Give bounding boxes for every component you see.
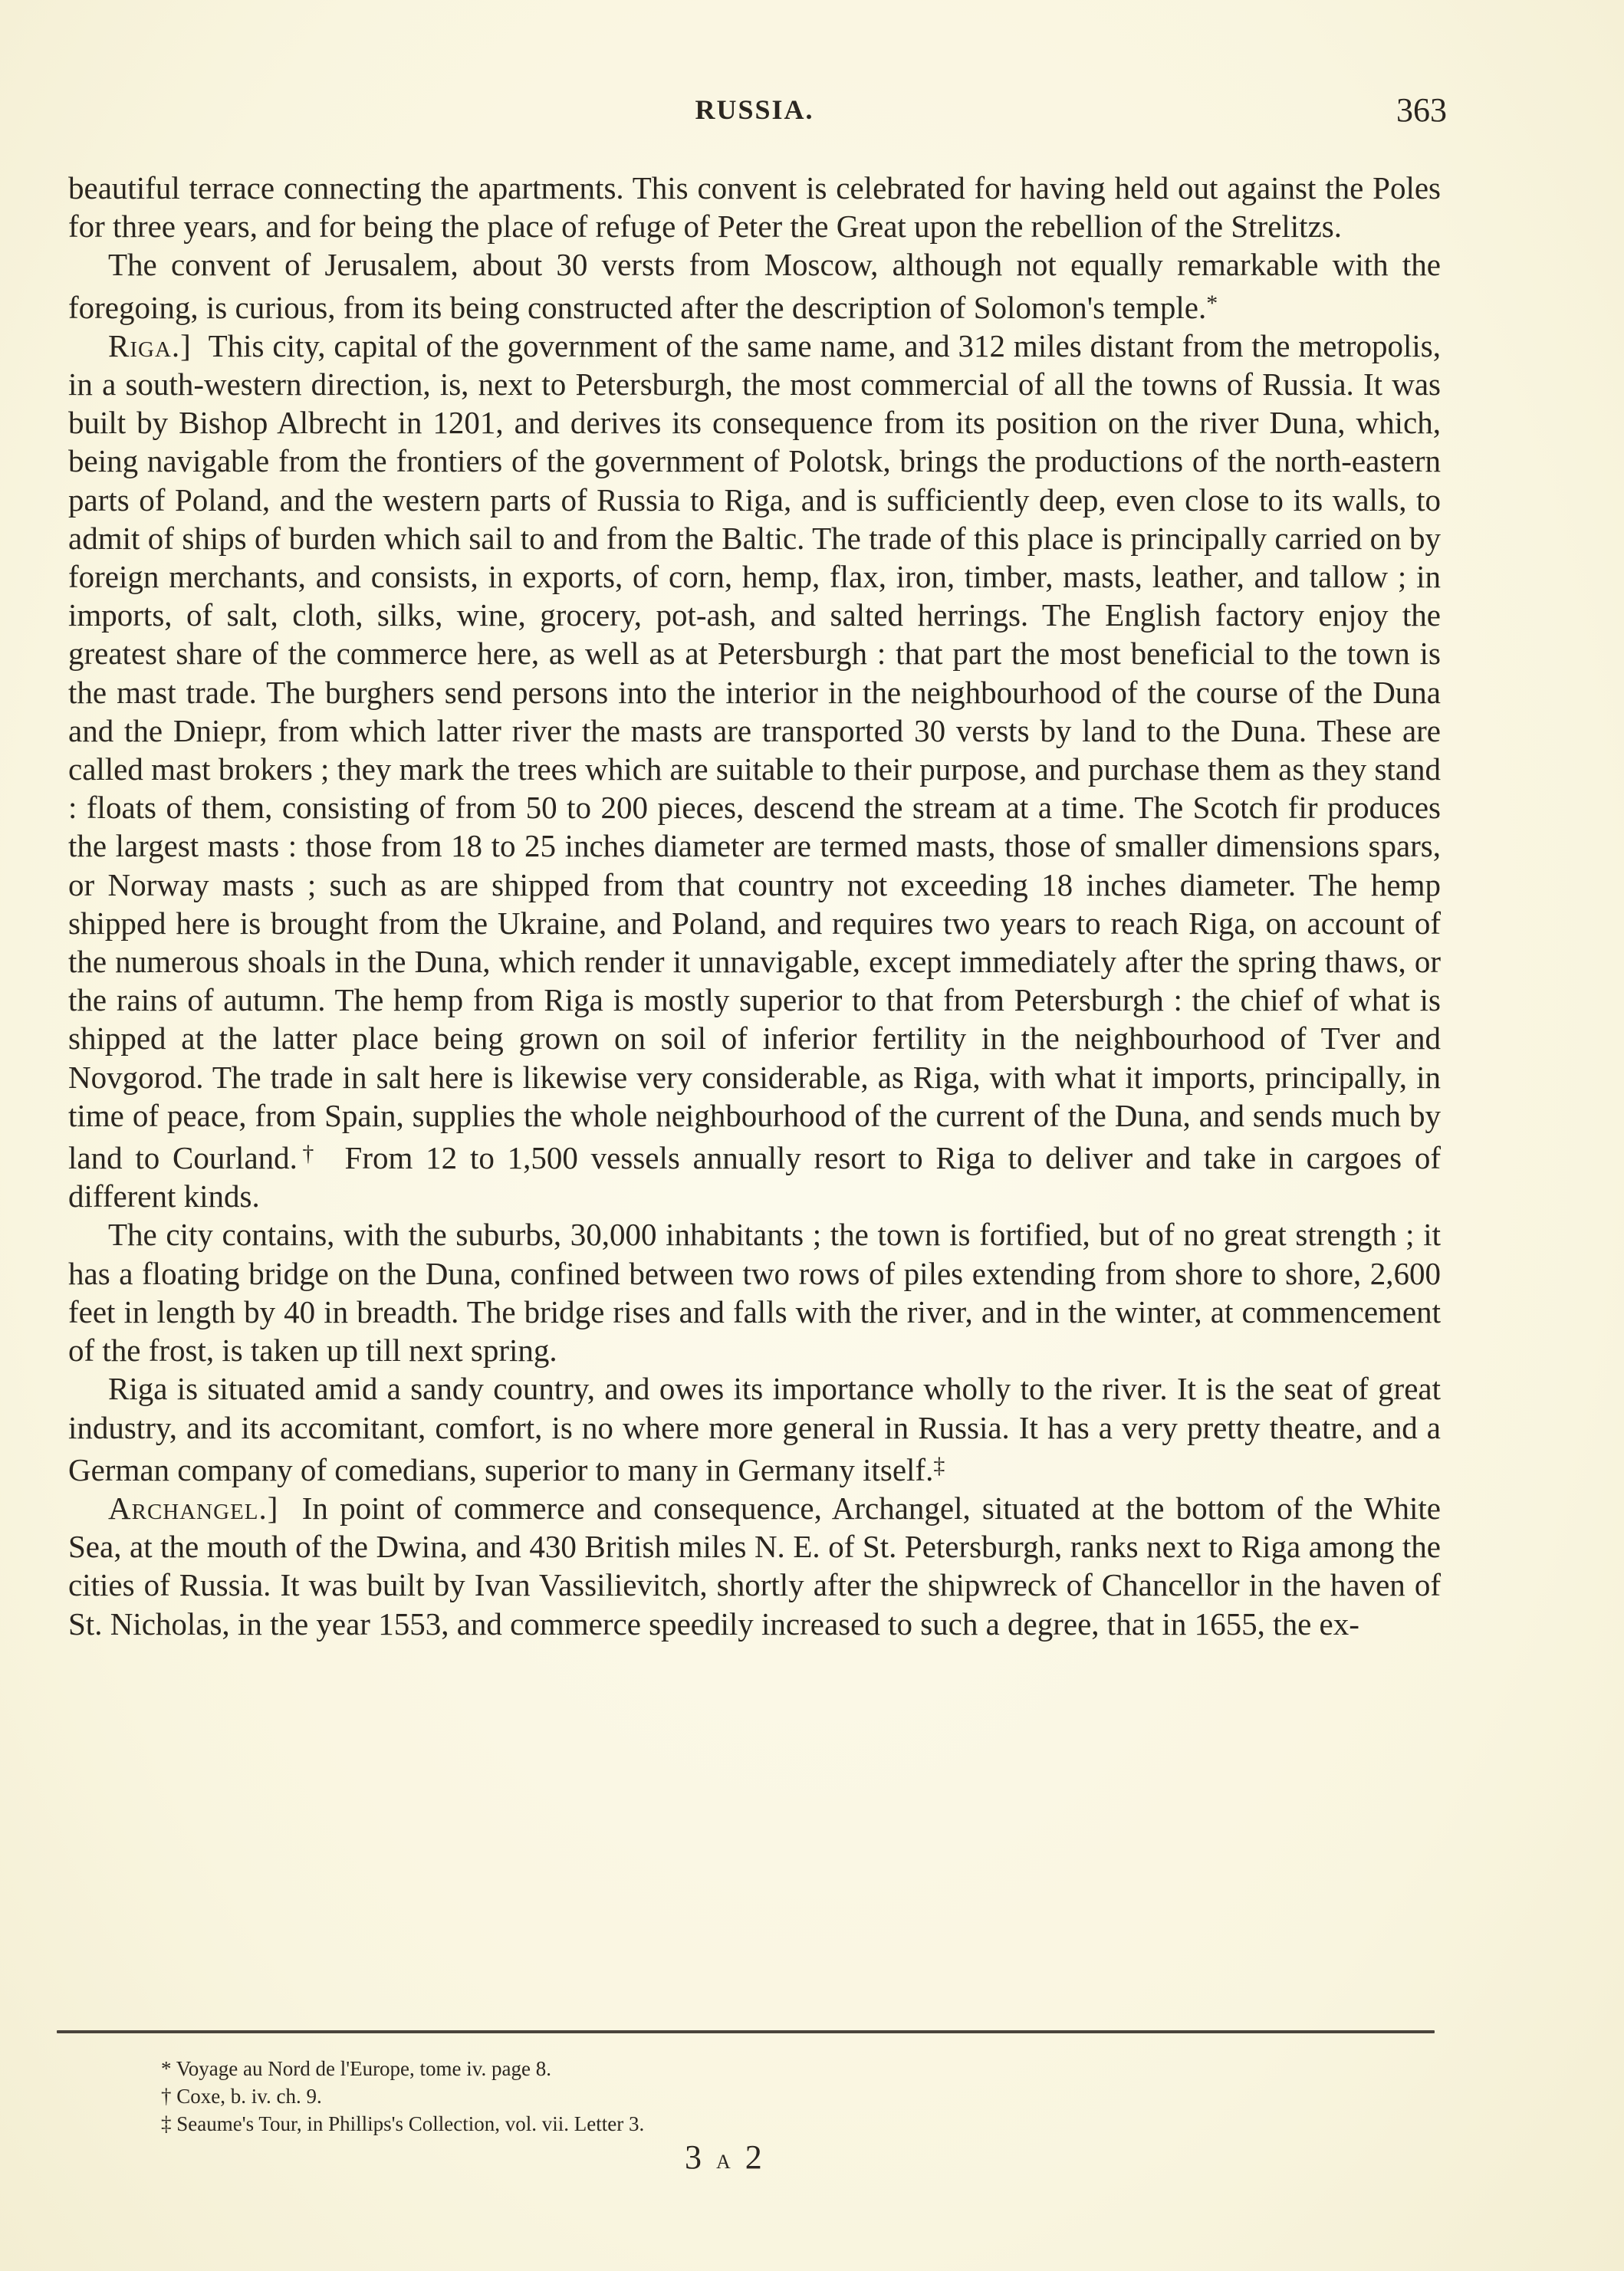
paragraph-text: The city contains, with the suburbs, 30,…	[68, 1217, 1441, 1368]
signature-number: 3	[685, 2138, 705, 2176]
paragraph-city: The city contains, with the suburbs, 30,…	[68, 1215, 1441, 1369]
printer-signature-mark: 3 A 2	[685, 2138, 765, 2177]
paragraph-continued: beautiful terrace connecting the apartme…	[68, 169, 1441, 245]
section-heading-riga: Riga.]	[108, 328, 192, 363]
footnote-mark: *	[161, 2057, 172, 2080]
paragraph-text: The convent of Jerusalem, about 30 verst…	[68, 247, 1441, 324]
signature-letter: A	[716, 2151, 734, 2173]
section-heading-archangel: Archangel.]	[108, 1490, 278, 1526]
footnote-ref: ‡	[933, 1453, 945, 1478]
paragraph-riga: Riga.] This city, capital of the governm…	[68, 327, 1441, 1216]
signature-number: 2	[745, 2138, 765, 2176]
paragraph-riga-situation: Riga is situated amid a sandy country, a…	[68, 1369, 1441, 1489]
running-title: RUSSIA.	[68, 94, 1441, 126]
paragraph-archangel: Archangel.] In point of commerce and con…	[68, 1489, 1441, 1643]
footnote-mark: ‡	[161, 2112, 172, 2135]
footnotes: * Voyage au Nord de l'Europe, tome iv. p…	[161, 2055, 1311, 2138]
footnote-divider	[57, 2030, 1435, 2033]
running-head: RUSSIA. 363	[68, 90, 1441, 129]
page-number: 363	[1396, 90, 1447, 130]
footnote-text: Voyage au Nord de l'Europe, tome iv. pag…	[176, 2057, 551, 2080]
footnote-text: Coxe, b. iv. ch. 9.	[176, 2085, 321, 2108]
book-page: RUSSIA. 363 beautiful terrace connecting…	[0, 0, 1624, 2271]
paragraph-text: This city, capital of the government of …	[68, 328, 1441, 1175]
body-text: beautiful terrace connecting the apartme…	[68, 169, 1441, 1643]
paragraph-jerusalem: The convent of Jerusalem, about 30 verst…	[68, 245, 1441, 326]
footnote: * Voyage au Nord de l'Europe, tome iv. p…	[161, 2055, 1311, 2082]
footnote: † Coxe, b. iv. ch. 9.	[161, 2082, 1311, 2110]
footnote-ref: †	[298, 1141, 319, 1166]
footnote-text: Seaume's Tour, in Phillips's Collection,…	[176, 2112, 644, 2135]
footnote-mark: †	[161, 2085, 172, 2108]
paragraph-text: Riga is situated amid a sandy country, a…	[68, 1371, 1441, 1487]
footnote: ‡ Seaume's Tour, in Phillips's Collectio…	[161, 2110, 1311, 2138]
footnote-ref: *	[1206, 291, 1218, 316]
paragraph-text: beautiful terrace connecting the apartme…	[68, 170, 1441, 244]
